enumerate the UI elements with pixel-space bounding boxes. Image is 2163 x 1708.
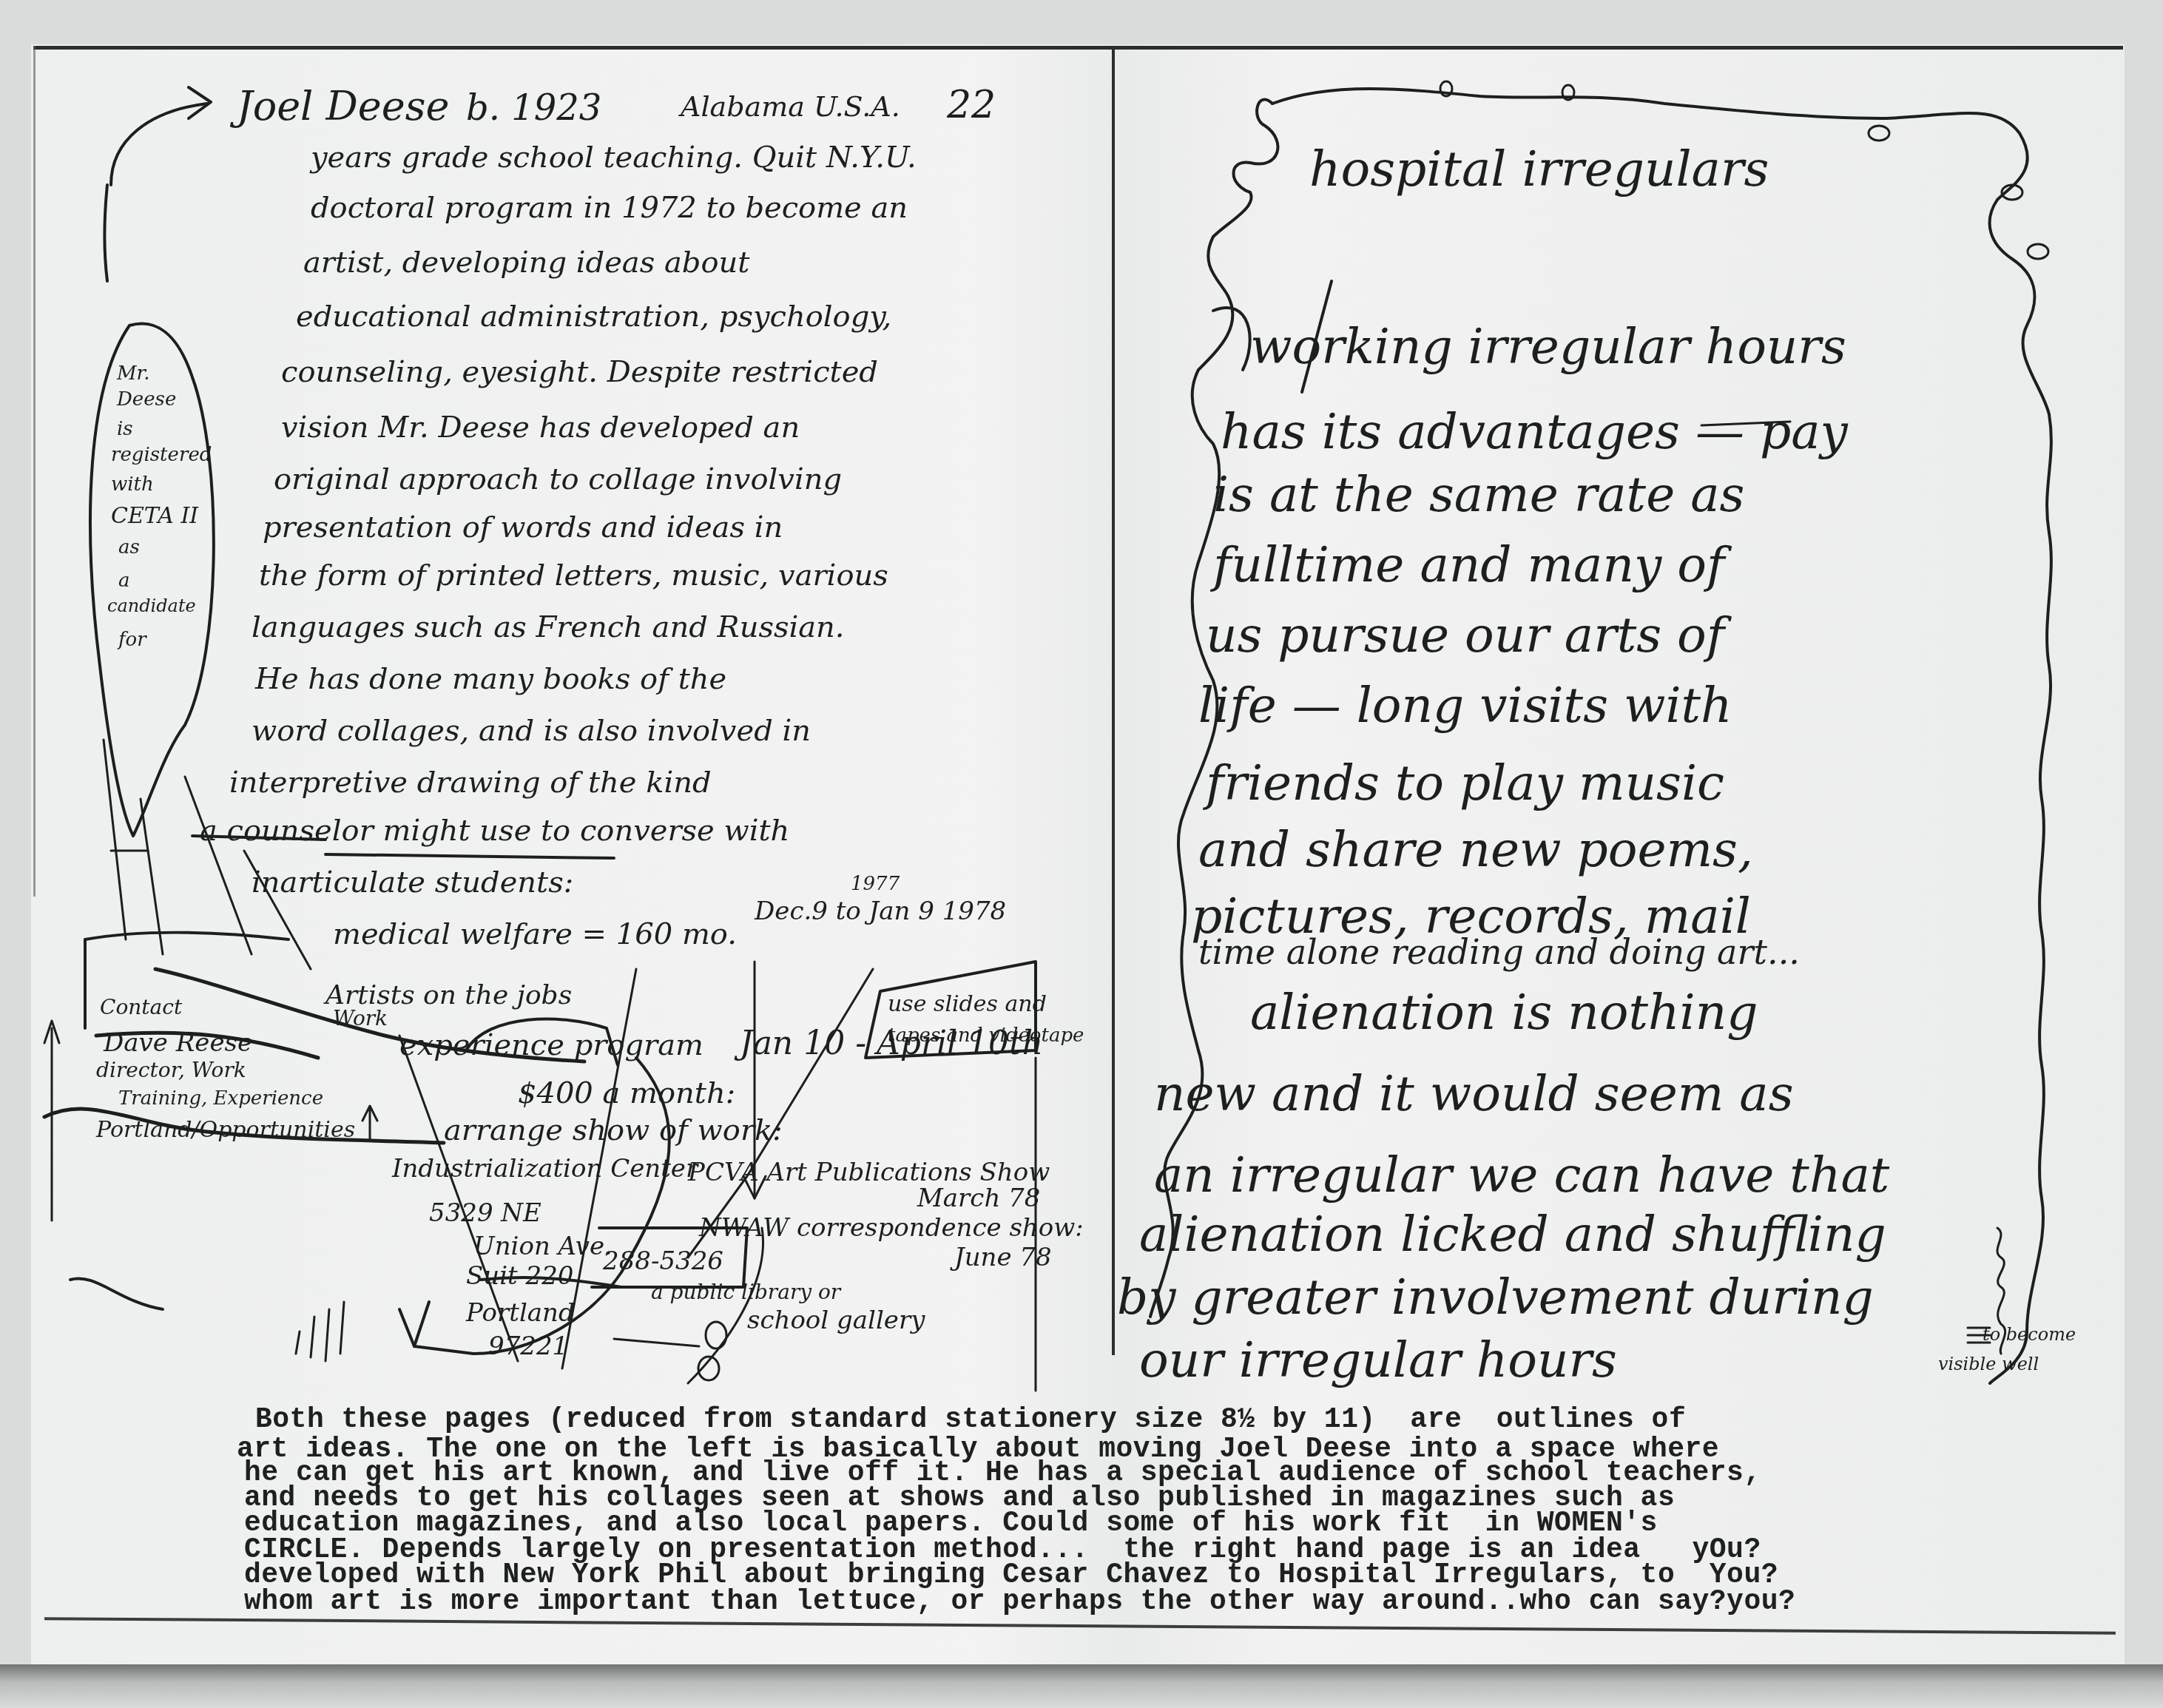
balloon-word: Mr. xyxy=(117,362,149,385)
poem-line: friends to play music xyxy=(1206,755,1724,811)
library-text: a public library or xyxy=(651,1280,840,1304)
poem-line: our irregular hours xyxy=(1139,1331,1617,1388)
center-address: Union Ave. xyxy=(473,1232,613,1261)
balloon-word: Deese xyxy=(117,388,176,411)
balloon-word: CETA II xyxy=(111,503,198,529)
poem-line: and share new poems, xyxy=(1198,821,1753,878)
page-divider-line xyxy=(1112,46,1115,1355)
center-address: Suit 220 xyxy=(466,1261,573,1291)
center-address: Industrialization Center xyxy=(392,1154,698,1184)
bio-line: the form of printed letters, music, vari… xyxy=(259,558,888,593)
poem-line: is at the same rate as xyxy=(1213,466,1744,523)
contact-line: Dave Reese xyxy=(104,1028,252,1058)
dates-range: Dec.9 to Jan 9 1978 xyxy=(755,897,1006,926)
bio-line: interpretive drawing of the kind xyxy=(229,766,712,800)
bio-birth: b. 1923 xyxy=(466,87,601,129)
bio-line: years grade school teaching. Quit N.Y.U. xyxy=(311,141,917,175)
poem-line: alienation licked and shuffling xyxy=(1139,1206,1886,1263)
bio-place: Alabama U.S.A. xyxy=(681,90,900,123)
bio-line: He has done many books of the xyxy=(255,662,726,696)
bio-line: artist, developing ideas about xyxy=(303,246,749,280)
balloon-word: candidate xyxy=(107,595,196,616)
bio-line: original approach to collage involving xyxy=(274,462,842,496)
right-page-title: hospital irregulars xyxy=(1309,141,1769,198)
medical-welfare: medical welfare = 160 mo. xyxy=(333,917,737,951)
contact-line: director, Work xyxy=(96,1058,246,1082)
balloon-word: for xyxy=(118,629,146,651)
top-border-line xyxy=(33,46,2123,50)
bio-line: languages such as French and Russian. xyxy=(252,610,845,644)
center-address: 97221 xyxy=(488,1331,568,1361)
typed-line: whom art is more important than lettuce,… xyxy=(244,1587,1795,1617)
poem-line: time alone reading and doing art... xyxy=(1198,932,1800,972)
poem-line: working irregular hours xyxy=(1250,318,1846,375)
poem-line: life — long visits with xyxy=(1198,677,1732,734)
slides-box-text: tapes and videotape xyxy=(888,1025,1084,1047)
dates-year-above: 1977 xyxy=(851,873,900,895)
poem-line: fulltime and many of xyxy=(1213,536,1724,593)
work-label: Work xyxy=(333,1006,388,1030)
center-address: Portland xyxy=(466,1298,575,1328)
poem-line: us pursue our arts of xyxy=(1206,607,1724,664)
bio-years: 22 xyxy=(947,83,996,127)
poem-line: an irregular we can have that xyxy=(1154,1147,1889,1204)
contact-line: Contact xyxy=(100,995,182,1019)
balloon-word: is xyxy=(117,418,133,440)
balloon-word: registered xyxy=(111,444,212,466)
bio-line: doctoral program in 1972 to become an xyxy=(311,191,908,225)
pcva-show-date: March 78 xyxy=(917,1184,1040,1213)
phone-number: 288-5326 xyxy=(603,1246,723,1276)
bio-line: presentation of words and ideas in xyxy=(263,510,783,544)
paper-fold-shadow xyxy=(0,1664,2163,1708)
library-text: school gallery xyxy=(747,1306,925,1335)
balloon-word: a xyxy=(118,570,130,592)
experience-program: experience program xyxy=(399,1028,703,1062)
monthly-stipend: $400 a month: xyxy=(518,1076,735,1110)
contact-line: Portland/Opportunities xyxy=(96,1117,355,1143)
poem-line: by greater involvement during xyxy=(1117,1269,1874,1326)
bio-line: vision Mr. Deese has developed an xyxy=(281,411,800,445)
arrange-show: arrange show of work: xyxy=(444,1113,783,1147)
contact-line: Training, Experience xyxy=(118,1087,323,1110)
bio-line: word collages, and is also involved in xyxy=(252,714,811,748)
balloon-word: as xyxy=(118,536,140,558)
bio-line: educational administration, psychology, xyxy=(296,300,891,334)
poem-line: has its advantages — pay xyxy=(1221,403,1848,460)
bio-line: counseling, eyesight. Despite restricted xyxy=(281,355,878,389)
bio-line: a counselor might use to converse with xyxy=(200,814,789,848)
bio-line: inarticulate students: xyxy=(252,865,573,899)
margin-note: visible well xyxy=(1938,1354,2039,1374)
bio-name: Joel Deese xyxy=(237,83,449,129)
nwaw-show: NWAW correspondence show: xyxy=(699,1213,1084,1243)
left-border-line xyxy=(33,46,36,897)
balloon-word: with xyxy=(111,473,154,496)
poem-line: alienation is nothing xyxy=(1250,984,1758,1041)
typed-line: Both these pages (reduced from standard … xyxy=(255,1405,1686,1435)
center-address: 5329 NE xyxy=(429,1198,541,1228)
margin-note: to become xyxy=(1983,1324,2076,1345)
nwaw-show-date: June 78 xyxy=(954,1243,1052,1272)
pcva-show: PCVA Art Publications Show xyxy=(688,1158,1050,1187)
poem-line: new and it would seem as xyxy=(1154,1065,1794,1122)
slides-box-text: use slides and xyxy=(888,991,1047,1017)
